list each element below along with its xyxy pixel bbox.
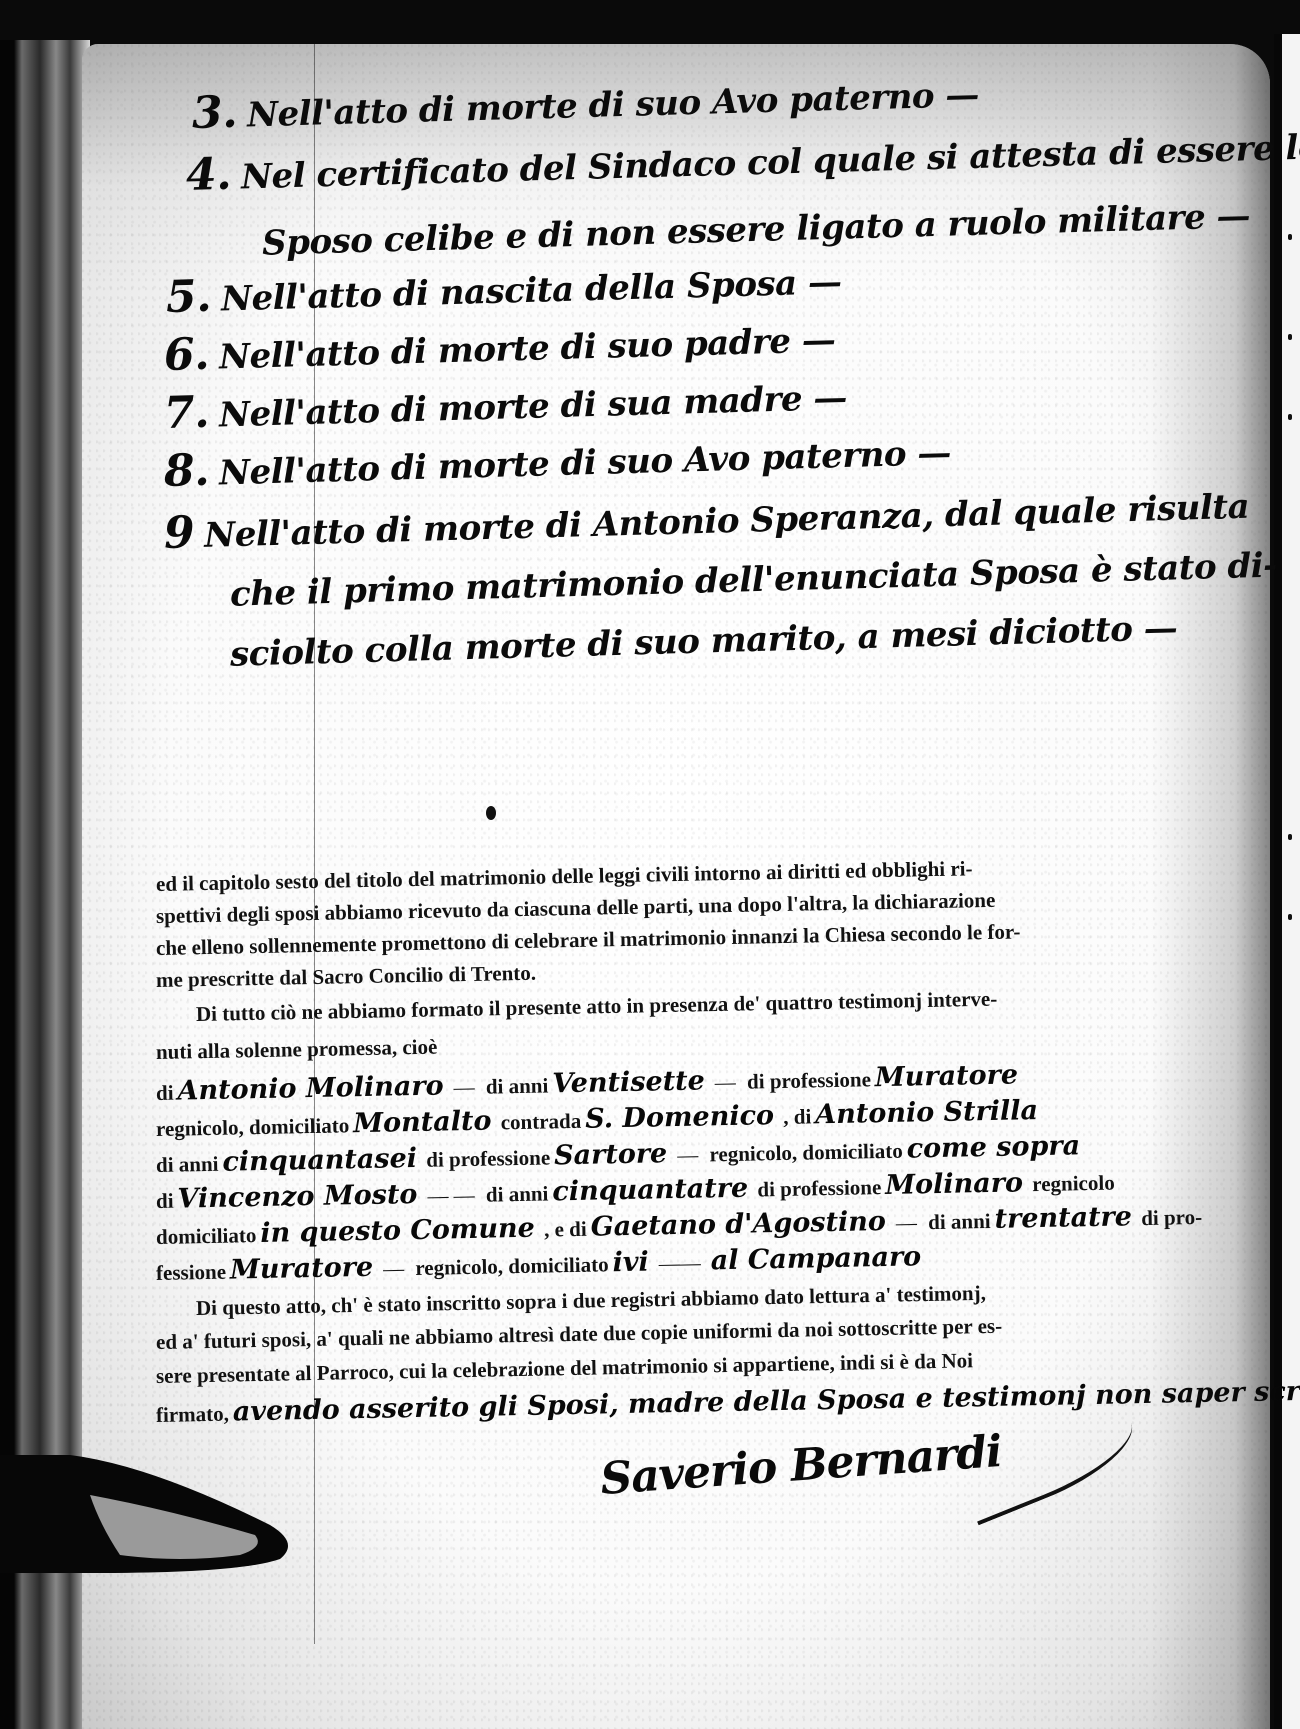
label: di professione <box>757 1175 881 1201</box>
label: , e di <box>544 1217 587 1242</box>
label: di anni <box>486 1073 549 1098</box>
witness-domicile: Montalto <box>353 1106 492 1140</box>
label: regnicolo, domiciliato <box>415 1252 609 1280</box>
label: di anni <box>928 1209 991 1234</box>
label: di professione <box>426 1145 550 1171</box>
label: di <box>156 1189 174 1213</box>
witness-domicile: ivi <box>612 1247 649 1279</box>
witness-name: Antonio Strilla <box>815 1095 1038 1130</box>
witness-age: Ventisette <box>552 1065 705 1099</box>
witness-street: S. Domenico <box>585 1100 774 1135</box>
item-number: 9 <box>163 507 195 559</box>
ink-dot <box>486 806 496 820</box>
adjacent-page-edge <box>1274 34 1300 1729</box>
witness-profession: Muratore <box>875 1059 1019 1093</box>
label: firmato, <box>156 1402 229 1427</box>
document-scan: 3.Nell'atto di morte di suo Avo paterno … <box>0 0 1300 1729</box>
label: di pro- <box>1141 1205 1202 1230</box>
label: , di <box>783 1104 811 1129</box>
item-number <box>219 626 220 677</box>
label: regnicolo <box>1032 1171 1115 1197</box>
witness-name: Antonio Molinaro <box>177 1070 444 1106</box>
witness-age: trentatre <box>994 1201 1132 1235</box>
witness-domicile: come sopra <box>906 1130 1080 1164</box>
label: contrada <box>500 1109 581 1135</box>
page-shadow-right <box>1150 44 1270 1729</box>
label: regnicolo, domiciliato <box>156 1113 350 1141</box>
item-number: 4. <box>185 149 231 201</box>
bookmark-clip <box>0 1455 300 1590</box>
item-number <box>251 215 252 266</box>
label: di anni <box>156 1152 219 1177</box>
witness-profession: Muratore <box>230 1252 374 1286</box>
witness-name: Vincenzo Mosto <box>177 1179 417 1215</box>
label: domiciliato <box>156 1223 257 1249</box>
item-number: 7. <box>163 387 209 439</box>
label: fessione <box>156 1260 226 1285</box>
witness-age: cinquantasei <box>222 1143 417 1178</box>
item-number: 5. <box>165 271 211 323</box>
label: domiciliato <box>802 1139 903 1165</box>
witness-name: Gaetano d'Agostino <box>590 1206 886 1243</box>
witness-domicile: in questo Comune <box>260 1213 535 1249</box>
label: di anni <box>486 1181 549 1206</box>
witness-profession: Molinaro <box>885 1167 1023 1201</box>
witness-profession: Sartore <box>554 1138 668 1171</box>
item-number: 3. <box>191 87 237 139</box>
item-number: 6. <box>163 329 209 381</box>
witness-street: al Campanaro <box>710 1241 921 1276</box>
item-number: 8. <box>163 445 209 497</box>
label: di professione <box>747 1067 871 1093</box>
label: di <box>156 1081 174 1105</box>
witness-age: cinquantatre <box>552 1173 748 1208</box>
item-number <box>219 566 220 617</box>
label: regnicolo, <box>709 1141 797 1167</box>
